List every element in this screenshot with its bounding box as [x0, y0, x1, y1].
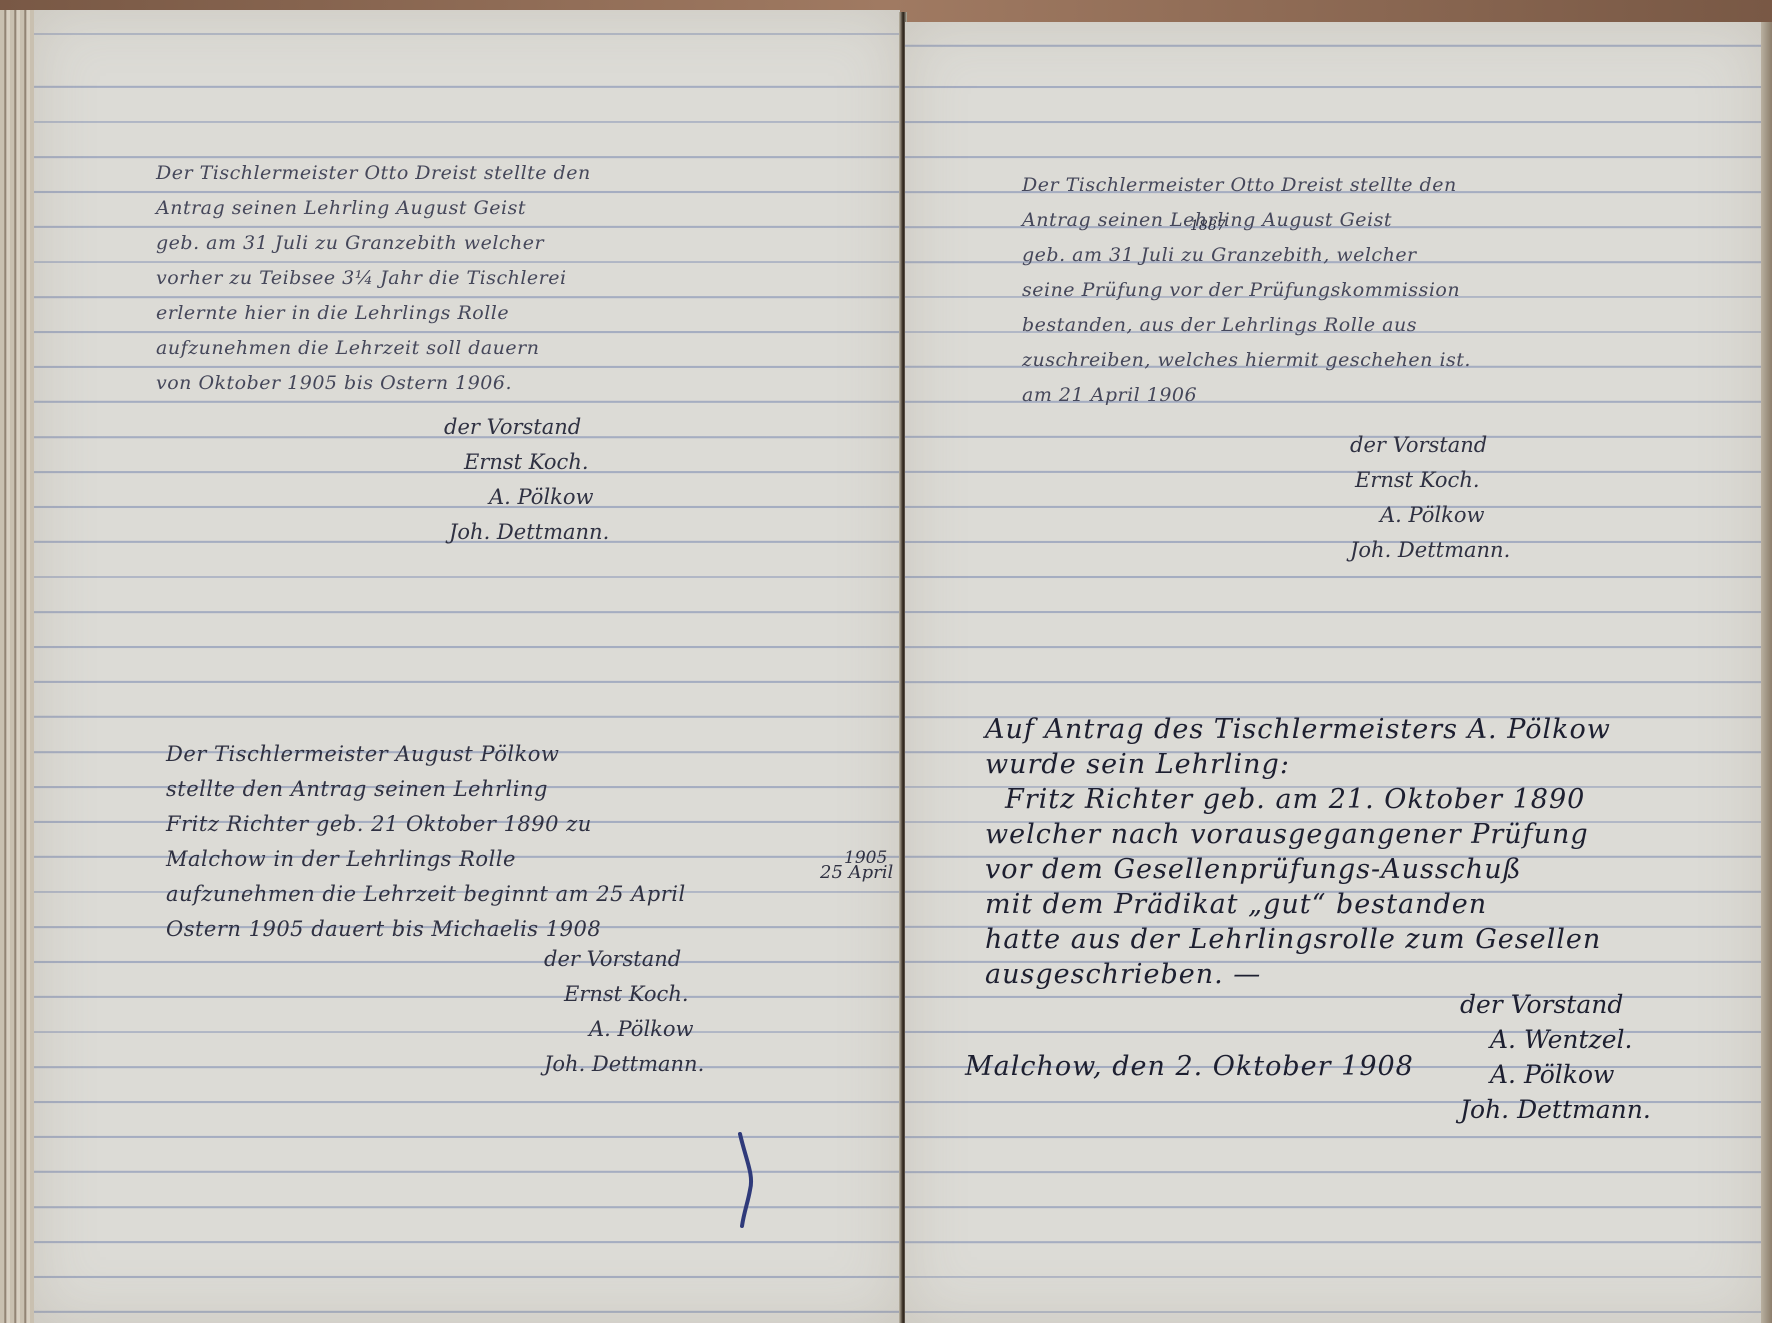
right-entry-2-signatures: der Vorstand A. Wentzel. A. Pölkow Joh. … [1460, 987, 1651, 1127]
text-line: hatte aus der Lehrlingsrolle zum Geselle… [985, 922, 1611, 957]
signature: Joh. Dettmann. [544, 1047, 704, 1082]
signature: A. Pölkow [1460, 1057, 1651, 1092]
signature: Ernst Koch. [544, 977, 704, 1012]
text-line: welcher nach vorausgegangener Prüfung [985, 817, 1611, 852]
text-line: wurde sein Lehrling: [985, 747, 1611, 782]
text-line: Auf Antrag des Tischlermeisters A. Pölko… [985, 712, 1611, 747]
text-line: Der Tischlermeister Otto Dreist stellte … [1022, 168, 1471, 203]
text-line: vorher zu Teibsee 3¼ Jahr die Tischlerei [156, 261, 591, 296]
signature: Ernst Koch. [1350, 463, 1510, 498]
place-and-date: Malchow, den 2. Oktober 1908 [965, 1049, 1414, 1084]
text-line: bestanden, aus der Lehrlings Rolle aus [1022, 308, 1471, 343]
text-line: erlernte hier in die Lehrlings Rolle [156, 296, 591, 331]
signature: Joh. Dettmann. [1460, 1092, 1651, 1127]
signature: A. Pölkow [1350, 498, 1510, 533]
page-edges-left [0, 10, 36, 1323]
right-entry-1-signatures: der Vorstand Ernst Koch. A. Pölkow Joh. … [1350, 428, 1510, 568]
text-line: vor dem Gesellenprüfungs-Ausschuß [985, 852, 1611, 887]
signature-heading: der Vorstand [1460, 987, 1651, 1022]
text-line: Fritz Richter geb. am 21. Oktober 1890 [985, 782, 1611, 817]
left-entry-1-text: Der Tischlermeister Otto Dreist stellte … [156, 156, 591, 401]
text-line: geb. am 31 Juli zu Granzebith welcher [156, 226, 591, 261]
pen-stroke-mark [734, 1130, 764, 1230]
signature: A. Pölkow [444, 480, 609, 515]
signature: Joh. Dettmann. [444, 515, 609, 550]
text-line: Der Tischlermeister Otto Dreist stellte … [156, 156, 591, 191]
text-line: Der Tischlermeister August Pölkow [166, 737, 686, 772]
text-line: stellte den Antrag seinen Lehrling [166, 772, 686, 807]
right-entry-1-text: Der Tischlermeister Otto Dreist stellte … [1022, 168, 1471, 413]
signature-heading: der Vorstand [444, 410, 609, 445]
signature-heading: der Vorstand [1350, 428, 1510, 463]
right-entry-2-text: Auf Antrag des Tischlermeisters A. Pölko… [985, 712, 1611, 992]
signature: Ernst Koch. [444, 445, 609, 480]
signature: A. Pölkow [544, 1012, 704, 1047]
text-line: geb. am 31 Juli zu Granzebith, welcher [1022, 238, 1471, 273]
text-line: Antrag seinen Lehrling August Geist [156, 191, 591, 226]
text-line: mit dem Prädikat „gut“ bestanden [985, 887, 1611, 922]
text-line: Antrag seinen Lehrling August Geist [1022, 203, 1471, 238]
signature: A. Wentzel. [1460, 1022, 1651, 1057]
left-entry-2-signatures: der Vorstand Ernst Koch. A. Pölkow Joh. … [544, 942, 704, 1082]
right-page: Der Tischlermeister Otto Dreist stellte … [905, 22, 1761, 1323]
text-line: von Oktober 1905 bis Ostern 1906. [156, 366, 591, 401]
text-line: aufzunehmen die Lehrzeit beginnt am 25 A… [166, 877, 686, 912]
text-line: seine Prüfung vor der Prüfungskommission [1022, 273, 1471, 308]
superscript-year: 1887 [1190, 218, 1226, 234]
text-line: Malchow in der Lehrlings Rolle [166, 842, 686, 877]
left-entry-2-text: Der Tischlermeister August Pölkow stellt… [166, 737, 686, 947]
page-edges-right [1761, 22, 1772, 1323]
margin-note-date: 25 April [820, 862, 893, 883]
left-entry-1-signatures: der Vorstand Ernst Koch. A. Pölkow Joh. … [444, 410, 609, 550]
left-page: Der Tischlermeister Otto Dreist stellte … [34, 10, 900, 1323]
text-line: am 21 April 1906 [1022, 378, 1471, 413]
text-line: zuschreiben, welches hiermit geschehen i… [1022, 343, 1471, 378]
signature: Joh. Dettmann. [1350, 533, 1510, 568]
signature-heading: der Vorstand [544, 942, 704, 977]
text-line: aufzunehmen die Lehrzeit soll dauern [156, 331, 591, 366]
text-line: Fritz Richter geb. 21 Oktober 1890 zu [166, 807, 686, 842]
